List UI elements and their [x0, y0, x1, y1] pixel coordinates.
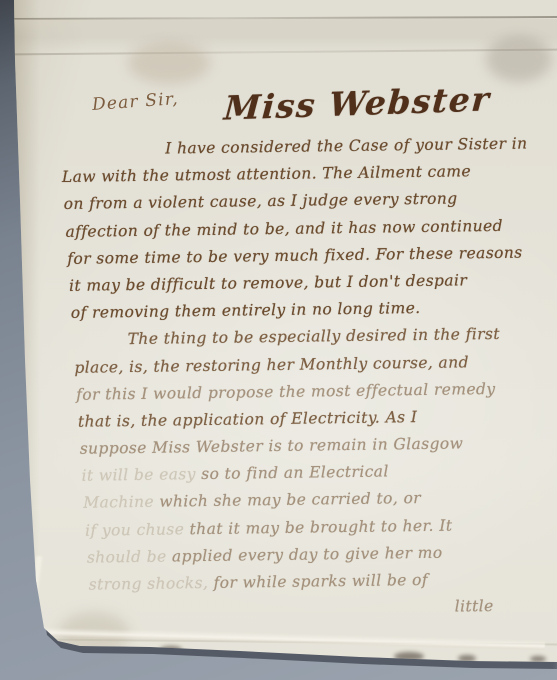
letter-text-segment: so to find an Electrical	[201, 463, 389, 484]
letter-text-segment: little	[455, 597, 494, 616]
letter-text-segment: if you chuse	[85, 520, 190, 539]
page-left-edge-shading	[14, 0, 40, 652]
letter-text-segment: for some time to be very much fixed. For…	[67, 243, 523, 267]
letter-text-segment: it will be easy	[81, 465, 201, 485]
letter-text-segment: for this I would propose the most effect…	[76, 380, 496, 404]
stain	[486, 36, 552, 82]
top-crease-band	[14, 19, 557, 52]
letter-text-segment: on from a violent cause, as I judge ever…	[64, 190, 458, 213]
letter-text-segment: Machine	[83, 493, 159, 512]
letter-body: I have considered the Case of your Siste…	[60, 130, 557, 626]
letter-text-segment: suppose Miss Webster is to remain in Gla…	[80, 434, 464, 457]
stain	[128, 42, 210, 84]
letter-heading: Miss Webster	[223, 79, 492, 127]
manuscript-photo: Dear Sir, Miss Webster I have considered…	[0, 0, 557, 680]
letter-text-segment: affection of the mind to be, and it has …	[65, 216, 503, 240]
letter-text-segment: it may be difficult to remove, but I don…	[69, 271, 467, 295]
letter-text-segment: I have considered the Case of your Siste…	[165, 134, 527, 157]
edge-smudge	[530, 656, 546, 662]
letter-salutation: Dear Sir,	[91, 89, 179, 115]
letter-text-segment: applied every day to give her mo	[172, 544, 443, 566]
letter-line: I have considered the Case of your Siste…	[165, 130, 557, 163]
letter-page: Dear Sir, Miss Webster I have considered…	[0, 0, 557, 680]
letter-text-segment: The thing to be especially desired in th…	[128, 325, 501, 348]
letter-text-segment: Law with the utmost attention. The Ailme…	[62, 162, 471, 186]
letter-text-segment: place, is, the restoring her Monthly cou…	[74, 353, 469, 377]
letter-text-segment: for while sparks will be of	[213, 571, 428, 592]
letter-text-segment: should be	[87, 547, 172, 566]
letter-text-segment: that is, the application of Electricity.…	[78, 408, 418, 431]
letter-text-segment: which she may be carried to, or	[159, 489, 421, 511]
letter-text-segment: of removing them entirely in no long tim…	[71, 299, 421, 322]
letter-text-segment: strong shocks,	[89, 574, 214, 594]
letter-text-segment: that it may be brought to her. It	[189, 516, 452, 538]
